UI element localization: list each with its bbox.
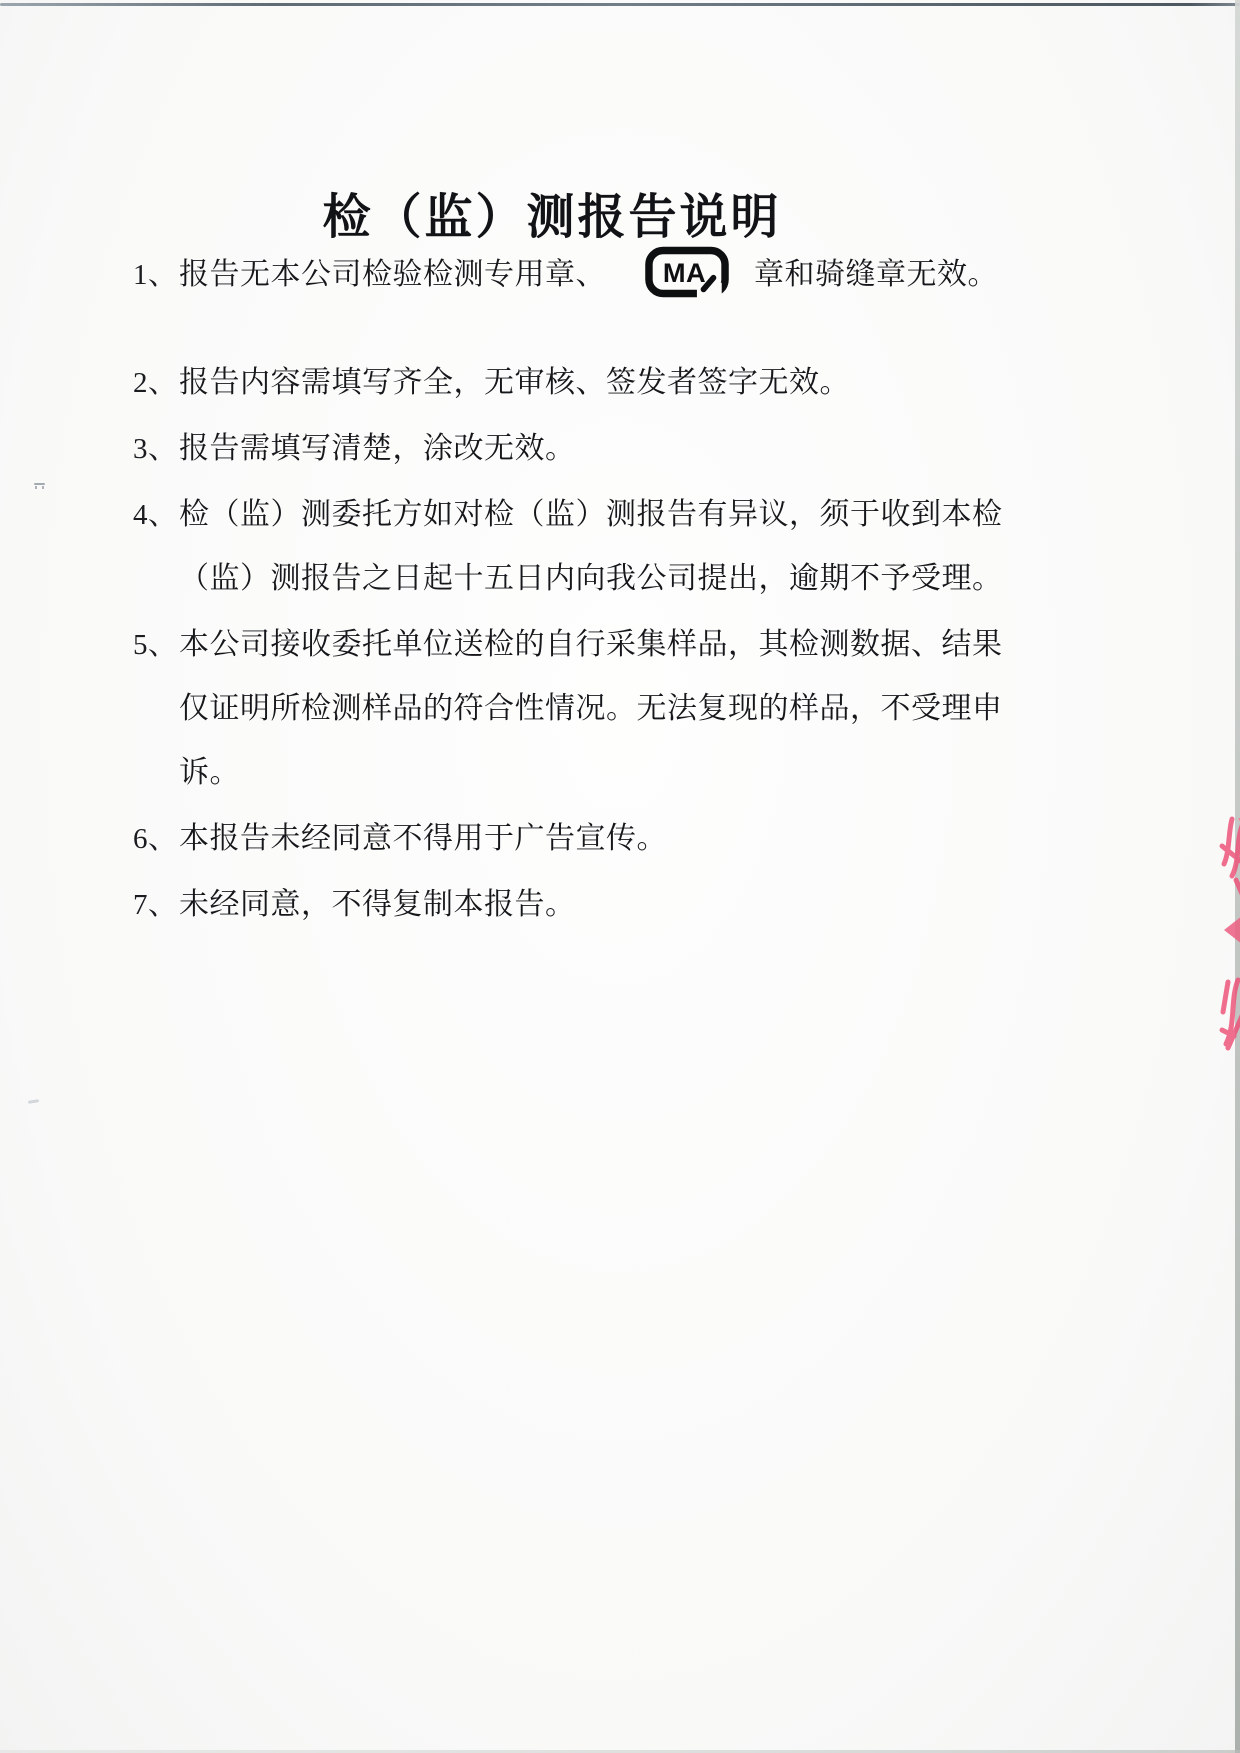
item-number: 6、 [133, 807, 179, 871]
item-text: 未经同意，不得复制本报告。 [179, 873, 1033, 937]
item-text: 本报告未经同意不得用于广告宣传。 [179, 807, 1033, 871]
item-number: 1、 [133, 243, 179, 307]
faint-pencil-mark [33, 483, 46, 490]
item-text: 检（监）测委托方如对检（监）测报告有异议，须于收到本检 （监）测报告之日起十五日… [179, 483, 1033, 611]
item-text-line: 本公司接收委托单位送检的自行采集样品，其检测数据、结果 [179, 613, 1033, 677]
item-text: 本公司接收委托单位送检的自行采集样品，其检测数据、结果 仅证明所检测样品的符合性… [179, 613, 1033, 805]
item-text-line: 诉。 [179, 741, 1033, 805]
list-item: 3、 报告需填写清楚，涂改无效。 [133, 417, 1033, 481]
cma-certification-mark-icon: MA [644, 246, 730, 298]
item-text-line: 仅证明所检测样品的符合性情况。无法复现的样品，不受理申 [179, 677, 1033, 741]
item-text: 报告内容需填写齐全，无审核、签发者签字无效。 [179, 351, 1033, 415]
svg-text:MA: MA [663, 257, 706, 288]
scanned-report-page: { "document": { "title": "检（监）测报告说明", "i… [0, 0, 1240, 1753]
item-text-before-logo: 报告无本公司检验检测专用章、 [179, 258, 606, 291]
item-text-line: （监）测报告之日起十五日内向我公司提出，逾期不予受理。 [179, 547, 1033, 611]
item-number: 2、 [133, 351, 179, 415]
scan-edge-right-band [1235, 0, 1240, 1753]
faint-pencil-mark [28, 1099, 39, 1104]
list-item: 4、 检（监）测委托方如对检（监）测报告有异议，须于收到本检 （监）测报告之日起… [133, 483, 1033, 611]
list-item: 6、 本报告未经同意不得用于广告宣传。 [133, 807, 1033, 871]
item-number: 7、 [133, 873, 179, 937]
report-notes-list: 1、 报告无本公司检验检测专用章、 MA 章和骑缝章无效。 2、 报告内容需填写… [133, 243, 1033, 939]
item-number: 4、 [133, 483, 179, 611]
item-number: 3、 [133, 417, 179, 481]
list-item: 5、 本公司接收委托单位送检的自行采集样品，其检测数据、结果 仅证明所检测样品的… [133, 613, 1033, 805]
scan-edge-top-line [0, 3, 1240, 6]
item-text: 报告无本公司检验检测专用章、 MA 章和骑缝章无效。 [179, 243, 1033, 307]
item-number: 5、 [133, 613, 179, 805]
list-item: 7、 未经同意，不得复制本报告。 [133, 873, 1033, 937]
item-text-after-logo: 章和骑缝章无效。 [754, 258, 998, 291]
item-text: 报告需填写清楚，涂改无效。 [179, 417, 1033, 481]
list-item: 2、 报告内容需填写齐全，无审核、签发者签字无效。 [133, 351, 1033, 415]
list-item: 1、 报告无本公司检验检测专用章、 MA 章和骑缝章无效。 [133, 243, 1033, 307]
page-title: 检（监）测报告说明 [0, 178, 1104, 247]
item-text-line: 检（监）测委托方如对检（监）测报告有异议，须于收到本检 [179, 483, 1033, 547]
